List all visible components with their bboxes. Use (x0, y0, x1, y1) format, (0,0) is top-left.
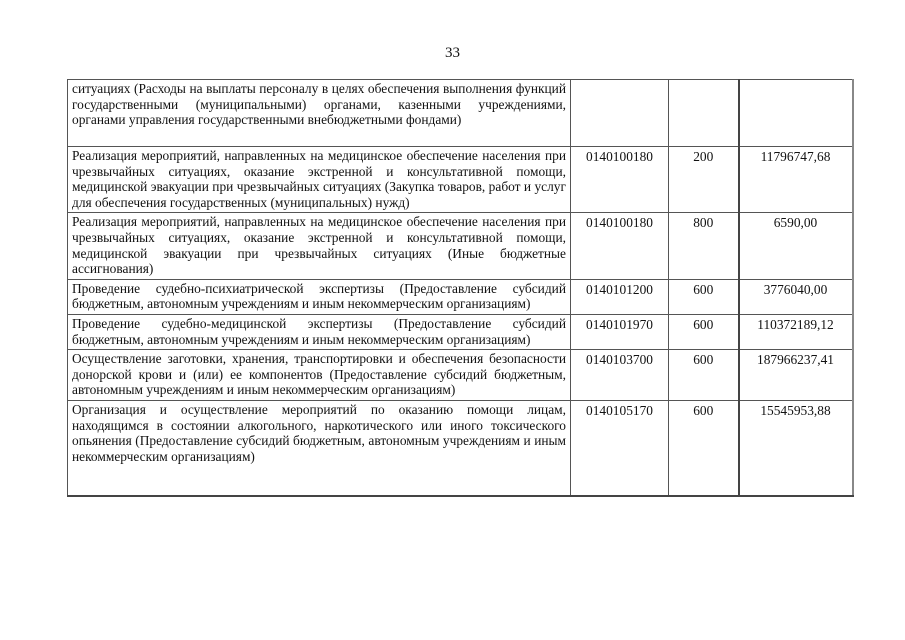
row-code: 0140105170 (571, 400, 669, 496)
row-description: Осуществление заготовки, хранения, транс… (68, 350, 571, 401)
row-description: Проведение судебно-медицинской экспертиз… (68, 314, 571, 349)
row-amount: 6590,00 (739, 213, 853, 279)
budget-table: ситуациях (Расходы на выплаты персоналу … (67, 79, 854, 497)
row-code: 0140101970 (571, 314, 669, 349)
table-row: Проведение судебно-психиатрической экспе… (68, 279, 853, 314)
table-row: Реализация мероприятий, направленных на … (68, 213, 853, 279)
row-expense-type: 800 (669, 213, 739, 279)
row-code: 0140101200 (571, 279, 669, 314)
row-amount: 3776040,00 (739, 279, 853, 314)
row-amount: 11796747,68 (739, 147, 853, 213)
row-code (571, 80, 669, 147)
row-expense-type: 200 (669, 147, 739, 213)
row-description: Организация и осуществление мероприятий … (68, 400, 571, 496)
row-expense-type (669, 80, 739, 147)
row-amount: 110372189,12 (739, 314, 853, 349)
row-amount: 187966237,41 (739, 350, 853, 401)
row-expense-type: 600 (669, 400, 739, 496)
row-description: ситуациях (Расходы на выплаты персоналу … (68, 80, 571, 147)
table-row: ситуациях (Расходы на выплаты персоналу … (68, 80, 853, 147)
row-expense-type: 600 (669, 314, 739, 349)
row-amount: 15545953,88 (739, 400, 853, 496)
table-row: Реализация мероприятий, направленных на … (68, 147, 853, 213)
row-description: Реализация мероприятий, направленных на … (68, 147, 571, 213)
row-expense-type: 600 (669, 279, 739, 314)
table-row: Организация и осуществление мероприятий … (68, 400, 853, 496)
row-code: 0140100180 (571, 147, 669, 213)
table-row: Осуществление заготовки, хранения, транс… (68, 350, 853, 401)
table-row: Проведение судебно-медицинской экспертиз… (68, 314, 853, 349)
row-amount (739, 80, 853, 147)
row-expense-type: 600 (669, 350, 739, 401)
row-description: Реализация мероприятий, направленных на … (68, 213, 571, 279)
row-code: 0140103700 (571, 350, 669, 401)
row-code: 0140100180 (571, 213, 669, 279)
page-number: 33 (0, 45, 905, 62)
row-description: Проведение судебно-психиатрической экспе… (68, 279, 571, 314)
